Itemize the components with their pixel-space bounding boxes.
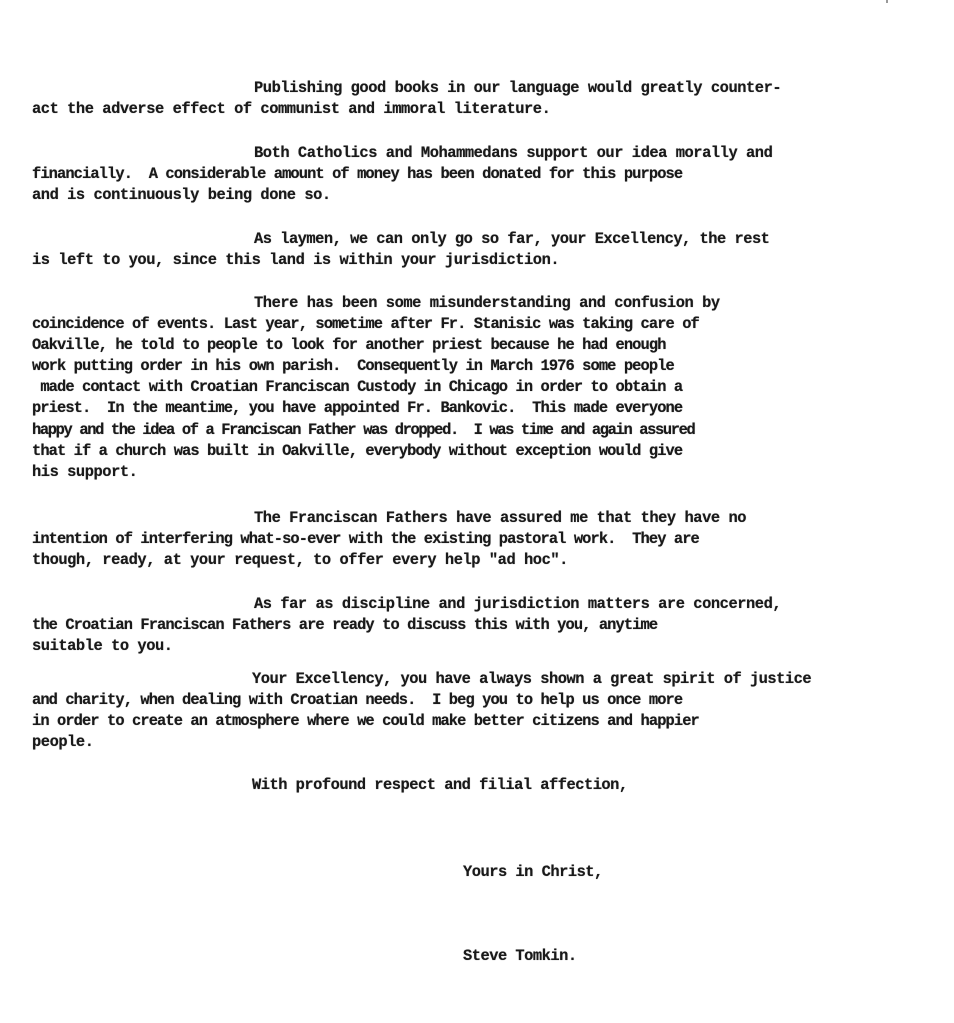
- paragraph-7-line-4: people.: [32, 732, 94, 753]
- paragraph-4-line-6: priest. In the meantime, you have appoin…: [32, 398, 682, 419]
- paragraph-7-line-1: Your Excellency, you have always shown a…: [252, 669, 811, 690]
- paragraph-4-line-1: There has been some misunderstanding and…: [254, 293, 720, 314]
- paragraph-4-line-2: coincidence of events. Last year, someti…: [32, 314, 699, 335]
- paragraph-5-line-3: though, ready, at your request, to offer…: [32, 550, 568, 571]
- paragraph-4-line-7: happy and the idea of a Franciscan Fathe…: [32, 420, 694, 441]
- paragraph-7-line-3: in order to create an atmosphere where w…: [32, 711, 699, 732]
- paragraph-2-line-2: financially. A considerable amount of mo…: [32, 164, 682, 185]
- paragraph-6-line-3: suitable to you.: [32, 636, 173, 657]
- paragraph-7-line-2: and charity, when dealing with Croatian …: [32, 690, 682, 711]
- paragraph-3-line-2: is left to you, since this land is withi…: [32, 250, 559, 271]
- typewritten-letter-page: Publishing good books in our language wo…: [0, 0, 954, 1023]
- paragraph-2-line-3: and is continuously being done so.: [32, 185, 331, 206]
- paragraph-6-line-1: As far as discipline and jurisdiction ma…: [254, 594, 781, 615]
- closing-line: With profound respect and filial affecti…: [252, 775, 628, 796]
- paragraph-6-line-2: the Croatian Franciscan Fathers are read…: [32, 615, 657, 636]
- signature-name: Steve Tomkin.: [463, 946, 577, 967]
- paragraph-3-line-1: As laymen, we can only go so far, your E…: [254, 229, 769, 250]
- paragraph-4-line-4: work putting order in his own parish. Co…: [32, 356, 674, 377]
- paragraph-5-line-2: intention of interfering what-so-ever wi…: [32, 529, 699, 550]
- paragraph-4-line-8: that if a church was built in Oakville, …: [32, 441, 682, 462]
- valediction: Yours in Christ,: [463, 862, 603, 883]
- paragraph-1-line-1: Publishing good books in our language wo…: [254, 78, 781, 99]
- paragraph-1-line-2: act the adverse effect of communist and …: [32, 99, 550, 120]
- paragraph-4-line-5: made contact with Croatian Franciscan Cu…: [32, 377, 682, 398]
- paragraph-5-line-1: The Franciscan Fathers have assured me t…: [254, 508, 746, 529]
- scan-speck: [886, 0, 888, 3]
- paragraph-4-line-3: Oakville, he told to people to look for …: [32, 335, 666, 356]
- paragraph-2-line-1: Both Catholics and Mohammedans support o…: [254, 143, 772, 164]
- paragraph-4-line-9: his support.: [32, 462, 137, 483]
